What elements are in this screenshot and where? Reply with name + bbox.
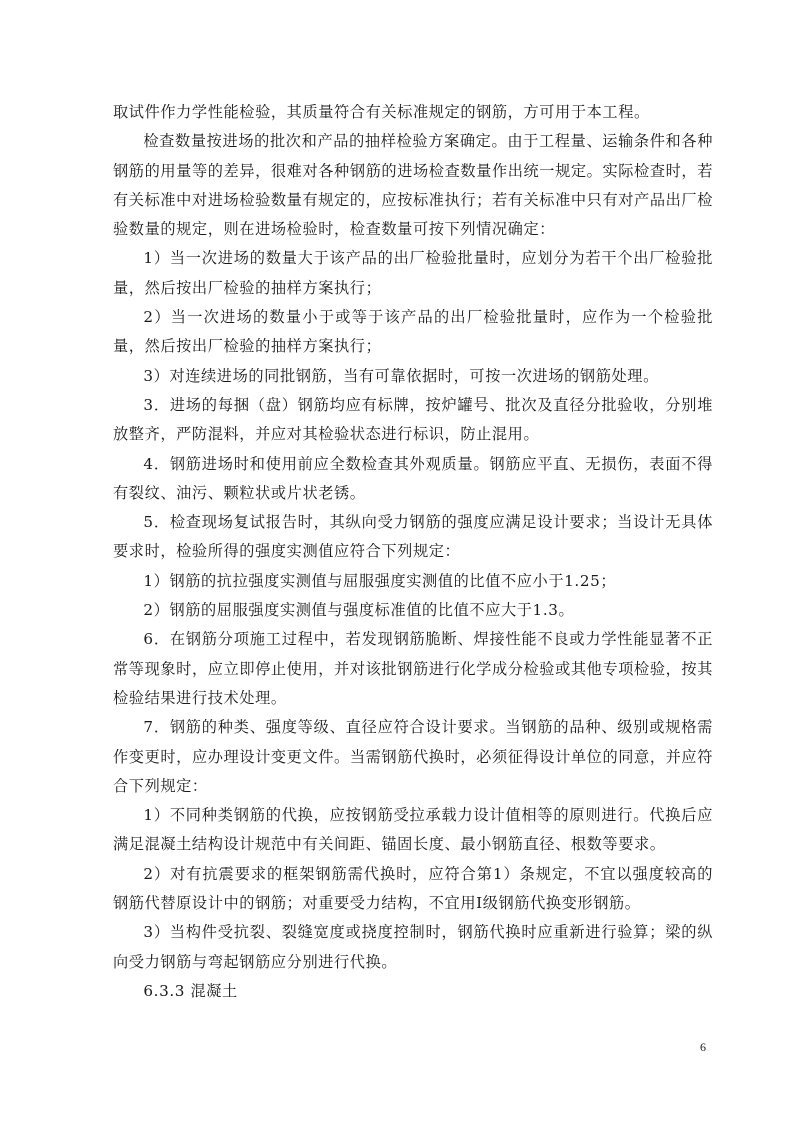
paragraph-continuation: 取试件作力学性能检验，其质量符合有关标准规定的钢筋，方可用于本工程。 (113, 98, 713, 127)
body-text: 取试件作力学性能检验，其质量符合有关标准规定的钢筋，方可用于本工程。 检查数量按… (113, 98, 713, 1006)
clause-3: 3．进场的每捆（盘）钢筋均应有标牌，按炉罐号、批次及直径分批验收，分别堆放整齐，… (113, 391, 713, 450)
list-item-1: 1）当一次进场的数量大于该产品的出厂检验批量时，应划分为若干个出厂检验批量，然后… (113, 244, 713, 303)
clause-7-item-2: 2）对有抗震要求的框架钢筋需代换时，应符合第1）条规定，不宜以强度较高的钢筋代替… (113, 860, 713, 919)
clause-5-item-2: 2）钢筋的屈服强度实测值与强度标准值的比值不应大于1.3。 (113, 596, 713, 625)
section-heading-concrete: 6.3.3 混凝土 (113, 977, 713, 1006)
clause-5-item-1: 1）钢筋的抗拉强度实测值与屈服强度实测值的比值不应小于1.25； (113, 567, 713, 596)
list-item-3: 3）对连续进场的同批钢筋，当有可靠依据时，可按一次进场的钢筋处理。 (113, 362, 713, 391)
clause-7: 7．钢筋的种类、强度等级、直径应符合设计要求。当钢筋的品种、级别或规格需作变更时… (113, 713, 713, 801)
clause-5: 5．检查现场复试报告时，其纵向受力钢筋的强度应满足设计要求；当设计无具体要求时，… (113, 508, 713, 567)
clause-4: 4．钢筋进场时和使用前应全数检查其外观质量。钢筋应平直、无损伤，表面不得有裂纹、… (113, 450, 713, 509)
page-number: 6 (700, 1040, 706, 1055)
clause-7-item-3: 3）当构件受抗裂、裂缝宽度或挠度控制时，钢筋代换时应重新进行验算；梁的纵向受力钢… (113, 918, 713, 977)
document-page: 取试件作力学性能检验，其质量符合有关标准规定的钢筋，方可用于本工程。 检查数量按… (0, 0, 793, 1122)
list-item-2: 2）当一次进场的数量小于或等于该产品的出厂检验批量时，应作为一个检验批量，然后按… (113, 303, 713, 362)
clause-7-item-1: 1）不同种类钢筋的代换，应按钢筋受拉承载力设计值相等的原则进行。代换后应满足混凝… (113, 801, 713, 860)
clause-6: 6．在钢筋分项施工过程中，若发现钢筋脆断、焊接性能不良或力学性能显著不正常等现象… (113, 625, 713, 713)
paragraph-inspection-quantity: 检查数量按进场的批次和产品的抽样检验方案确定。由于工程量、运输条件和各种钢筋的用… (113, 127, 713, 244)
